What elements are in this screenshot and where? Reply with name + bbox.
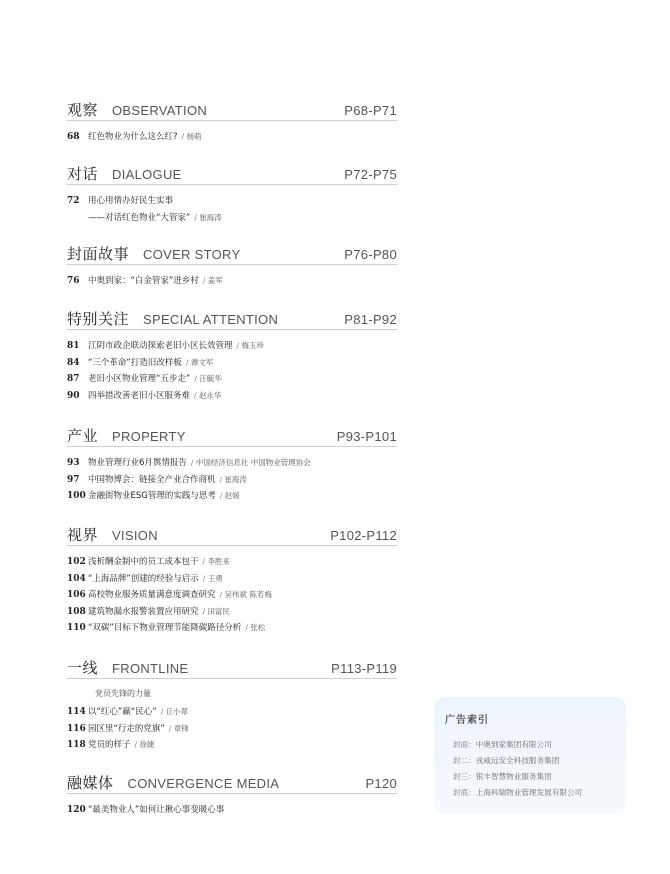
article-title: 中奥到家：“白金管家”进乡村 — [88, 274, 199, 286]
page-number: 72 — [67, 196, 88, 206]
article-title: 高校物业服务质量满意度调查研究 — [88, 588, 216, 600]
article-title: 物业管理行业6月舆情报告 — [88, 456, 187, 468]
article-author: 丘小翠 — [161, 706, 188, 717]
section-title-cn: 对话 — [67, 163, 98, 184]
section-page-range: P102-P112 — [330, 528, 397, 543]
section-title-en: OBSERVATION — [112, 103, 207, 118]
article-author: 吴伟斌 陈若梅 — [220, 589, 272, 600]
page-number: 81 — [67, 341, 88, 351]
toc-entry[interactable]: 102 浅析酬金制中的员工成本包干 李胜来 — [67, 555, 397, 572]
page-number: 102 — [67, 557, 88, 567]
page-number: 93 — [67, 458, 88, 468]
article-title: 用心用情办好民生实事 — [88, 194, 173, 206]
section-title-cn: 封面故事 — [67, 243, 129, 264]
toc-entry[interactable]: 72 用心用情办好民生实事 — [67, 194, 397, 211]
section-title-en: VISION — [112, 528, 158, 543]
column-subheading: 党员先锋的力量 — [67, 688, 397, 705]
toc-entry[interactable]: 93 物业管理行业6月舆情报告 中国经济信息社 中国物业管理协会 — [67, 456, 397, 473]
toc-entry[interactable]: 76 中奥到家：“白金管家”进乡村 姜军 — [67, 274, 397, 291]
section-page-range: P120 — [365, 776, 397, 791]
toc-entry[interactable]: 100 金融街物业ESG管理的实践与思考 赵媛 — [67, 489, 397, 506]
toc-entry[interactable]: 104 “上海品牌”创建的经验与启示 王勇 — [67, 572, 397, 589]
ad-position-label: 封二： — [453, 756, 476, 765]
section-header: 封面故事 COVER STORY P76-P80 — [67, 243, 397, 265]
toc-entry[interactable]: 81 江阴市政企联动探索老旧小区长效管理 梅玉珍 — [67, 339, 397, 356]
article-title: 中国物博会：链接全产业合作商机 — [88, 473, 216, 485]
section-header: 一线 FRONTLINE P113-P119 — [67, 657, 397, 679]
article-title: 以“红心”赢“民心” — [88, 705, 157, 717]
article-title: “三个革命”打造旧改样板 — [88, 356, 182, 368]
article-author: 杨萌 — [182, 131, 202, 142]
section-frontline: 一线 FRONTLINE P113-P119 党员先锋的力量 114 以“红心”… — [67, 657, 397, 755]
page-number: 118 — [67, 740, 88, 750]
article-title: 党员的样子 — [88, 738, 131, 750]
toc-entry[interactable]: 68 红色物业为什么这么红? 杨萌 — [67, 130, 397, 147]
article-subtitle: ——对话红色物业“大管家” — [88, 211, 190, 223]
toc-entry[interactable]: 108 建筑物漏水报警装置应用研究 田富民 — [67, 605, 397, 622]
advertiser-name: 戎威远安全科技服务集团 — [476, 756, 560, 765]
toc-entry[interactable]: 120 “最美物业人”如何让揪心事变暖心事 — [67, 803, 397, 820]
section-page-range: P68-P71 — [344, 103, 397, 118]
article-title: 园区里“行走的党旗” — [88, 722, 165, 734]
section-title-cn: 视界 — [67, 524, 98, 545]
article-author: 崔海涛 — [194, 212, 221, 223]
article-author: 李胜来 — [203, 556, 230, 567]
page-number: 76 — [67, 276, 88, 286]
toc-entry[interactable]: 97 中国物博会：链接全产业合作商机 崔海涛 — [67, 473, 397, 490]
article-author: 姜军 — [203, 275, 223, 286]
section-header: 对话 DIALOGUE P72-P75 — [67, 163, 397, 185]
toc-entry[interactable]: 110 “双碳”目标下物业管理节能降碳路径分析 张松 — [67, 621, 397, 638]
page-number: 120 — [67, 805, 88, 815]
article-title: 浅析酬金制中的员工成本包干 — [88, 555, 199, 567]
toc-entry[interactable]: 84 “三个革命”打造旧改样板 谭文军 — [67, 356, 397, 373]
section-page-range: P81-P92 — [344, 312, 397, 327]
section-title-en: SPECIAL ATTENTION — [143, 312, 278, 327]
article-author: 中国经济信息社 中国物业管理协会 — [191, 457, 311, 468]
section-header: 视界 VISION P102-P112 — [67, 524, 397, 546]
ad-index-row: 封底：上海科瑞物业管理发展有限公司 — [453, 787, 626, 803]
section-vision: 视界 VISION P102-P112 102 浅析酬金制中的员工成本包干 李胜… — [67, 524, 397, 638]
section-dialogue: 对话 DIALOGUE P72-P75 72 用心用情办好民生实事 ——对话红色… — [67, 163, 397, 227]
article-author: 崔海涛 — [220, 474, 247, 485]
section-title-en: CONVERGENCE MEDIA — [128, 776, 280, 791]
section-header: 特别关注 SPECIAL ATTENTION P81-P92 — [67, 308, 397, 330]
page-number: 68 — [67, 132, 88, 142]
section-page-range: P72-P75 — [344, 167, 397, 182]
article-title: 红色物业为什么这么红? — [88, 130, 178, 142]
ad-index-title: 广告索引 — [445, 711, 626, 726]
page-number: 84 — [67, 358, 88, 368]
section-header: 产业 PROPERTY P93-P101 — [67, 425, 397, 447]
page-number: 90 — [67, 391, 88, 401]
ad-index-row: 封三：银丰智慧物业服务集团 — [453, 771, 626, 787]
article-title: 老旧小区物业管理“五步走” — [88, 372, 190, 384]
ad-index-row: 封面：中奥到家集团有限公司 — [453, 739, 626, 755]
section-page-range: P113-P119 — [331, 661, 397, 676]
toc-entry[interactable]: 87 老旧小区物业管理“五步走” 汪毓华 — [67, 372, 397, 389]
section-title-cn: 观察 — [67, 99, 98, 120]
section-title-en: FRONTLINE — [112, 661, 188, 676]
article-author: 赵永华 — [194, 390, 221, 401]
article-author: 张松 — [245, 622, 265, 633]
section-observation: 观察 OBSERVATION P68-P71 68 红色物业为什么这么红? 杨萌 — [67, 99, 397, 147]
section-title-cn: 产业 — [67, 425, 98, 446]
advertiser-name: 上海科瑞物业管理发展有限公司 — [476, 788, 582, 797]
toc-entry-subtitle[interactable]: ——对话红色物业“大管家” 崔海涛 — [67, 211, 397, 228]
section-header: 融媒体 CONVERGENCE MEDIA P120 — [67, 772, 397, 794]
article-title: 建筑物漏水报警装置应用研究 — [88, 605, 199, 617]
article-author: 谭文军 — [186, 357, 213, 368]
section-cover-story: 封面故事 COVER STORY P76-P80 76 中奥到家：“白金管家”进… — [67, 243, 397, 291]
section-page-range: P93-P101 — [337, 429, 397, 444]
article-title: 金融街物业ESG管理的实践与思考 — [88, 489, 216, 501]
section-convergence-media: 融媒体 CONVERGENCE MEDIA P120 120 “最美物业人”如何… — [67, 772, 397, 820]
section-special-attention: 特别关注 SPECIAL ATTENTION P81-P92 81 江阴市政企联… — [67, 308, 397, 405]
page-number: 100 — [67, 491, 88, 501]
article-author: 章锋 — [169, 723, 189, 734]
ad-index-panel: 广告索引 封面：中奥到家集团有限公司 封二：戎威远安全科技服务集团 封三：银丰智… — [434, 697, 626, 814]
article-title: 四举措改善老旧小区服务难 — [88, 389, 190, 401]
ad-position-label: 封面： — [453, 740, 476, 749]
article-author: 汪毓华 — [194, 373, 221, 384]
toc-entry[interactable]: 114 以“红心”赢“民心” 丘小翠 — [67, 705, 397, 722]
article-title: “双碳”目标下物业管理节能降碳路径分析 — [88, 621, 241, 633]
page-number: 106 — [67, 590, 88, 600]
page-number: 97 — [67, 475, 88, 485]
page-number: 114 — [67, 707, 88, 717]
page-number: 110 — [67, 623, 88, 633]
section-title-en: COVER STORY — [143, 247, 240, 262]
ad-index-list: 封面：中奥到家集团有限公司 封二：戎威远安全科技服务集团 封三：银丰智慧物业服务… — [445, 739, 626, 803]
section-header: 观察 OBSERVATION P68-P71 — [67, 99, 397, 121]
section-title-cn: 一线 — [67, 657, 98, 678]
article-title: “最美物业人”如何让揪心事变暖心事 — [88, 803, 224, 815]
advertiser-name: 中奥到家集团有限公司 — [476, 740, 552, 749]
section-page-range: P76-P80 — [344, 247, 397, 262]
section-title-en: PROPERTY — [112, 429, 186, 444]
page-number: 116 — [67, 724, 88, 734]
ad-position-label: 封底： — [453, 788, 476, 797]
article-title: 江阴市政企联动探索老旧小区长效管理 — [88, 339, 233, 351]
page-number: 104 — [67, 574, 88, 584]
section-title-cn: 特别关注 — [67, 308, 129, 329]
page-number: 87 — [67, 374, 88, 384]
toc-entry[interactable]: 106 高校物业服务质量满意度调查研究 吴伟斌 陈若梅 — [67, 588, 397, 605]
article-author: 徐婕 — [135, 739, 155, 750]
article-author: 赵媛 — [220, 490, 240, 501]
toc-entry[interactable]: 118 党员的样子 徐婕 — [67, 738, 397, 755]
page-number: 108 — [67, 607, 88, 617]
toc-entry[interactable]: 90 四举措改善老旧小区服务难 赵永华 — [67, 389, 397, 406]
section-title-cn: 融媒体 — [67, 772, 114, 793]
ad-position-label: 封三： — [453, 772, 476, 781]
section-property: 产业 PROPERTY P93-P101 93 物业管理行业6月舆情报告 中国经… — [67, 425, 397, 506]
ad-index-row: 封二：戎威远安全科技服务集团 — [453, 755, 626, 771]
article-author: 田富民 — [203, 606, 230, 617]
toc-entry[interactable]: 116 园区里“行走的党旗” 章锋 — [67, 722, 397, 739]
article-title: “上海品牌”创建的经验与启示 — [88, 572, 199, 584]
advertiser-name: 银丰智慧物业服务集团 — [476, 772, 552, 781]
section-title-en: DIALOGUE — [112, 167, 182, 182]
article-author: 梅玉珍 — [237, 340, 264, 351]
article-author: 王勇 — [203, 573, 223, 584]
